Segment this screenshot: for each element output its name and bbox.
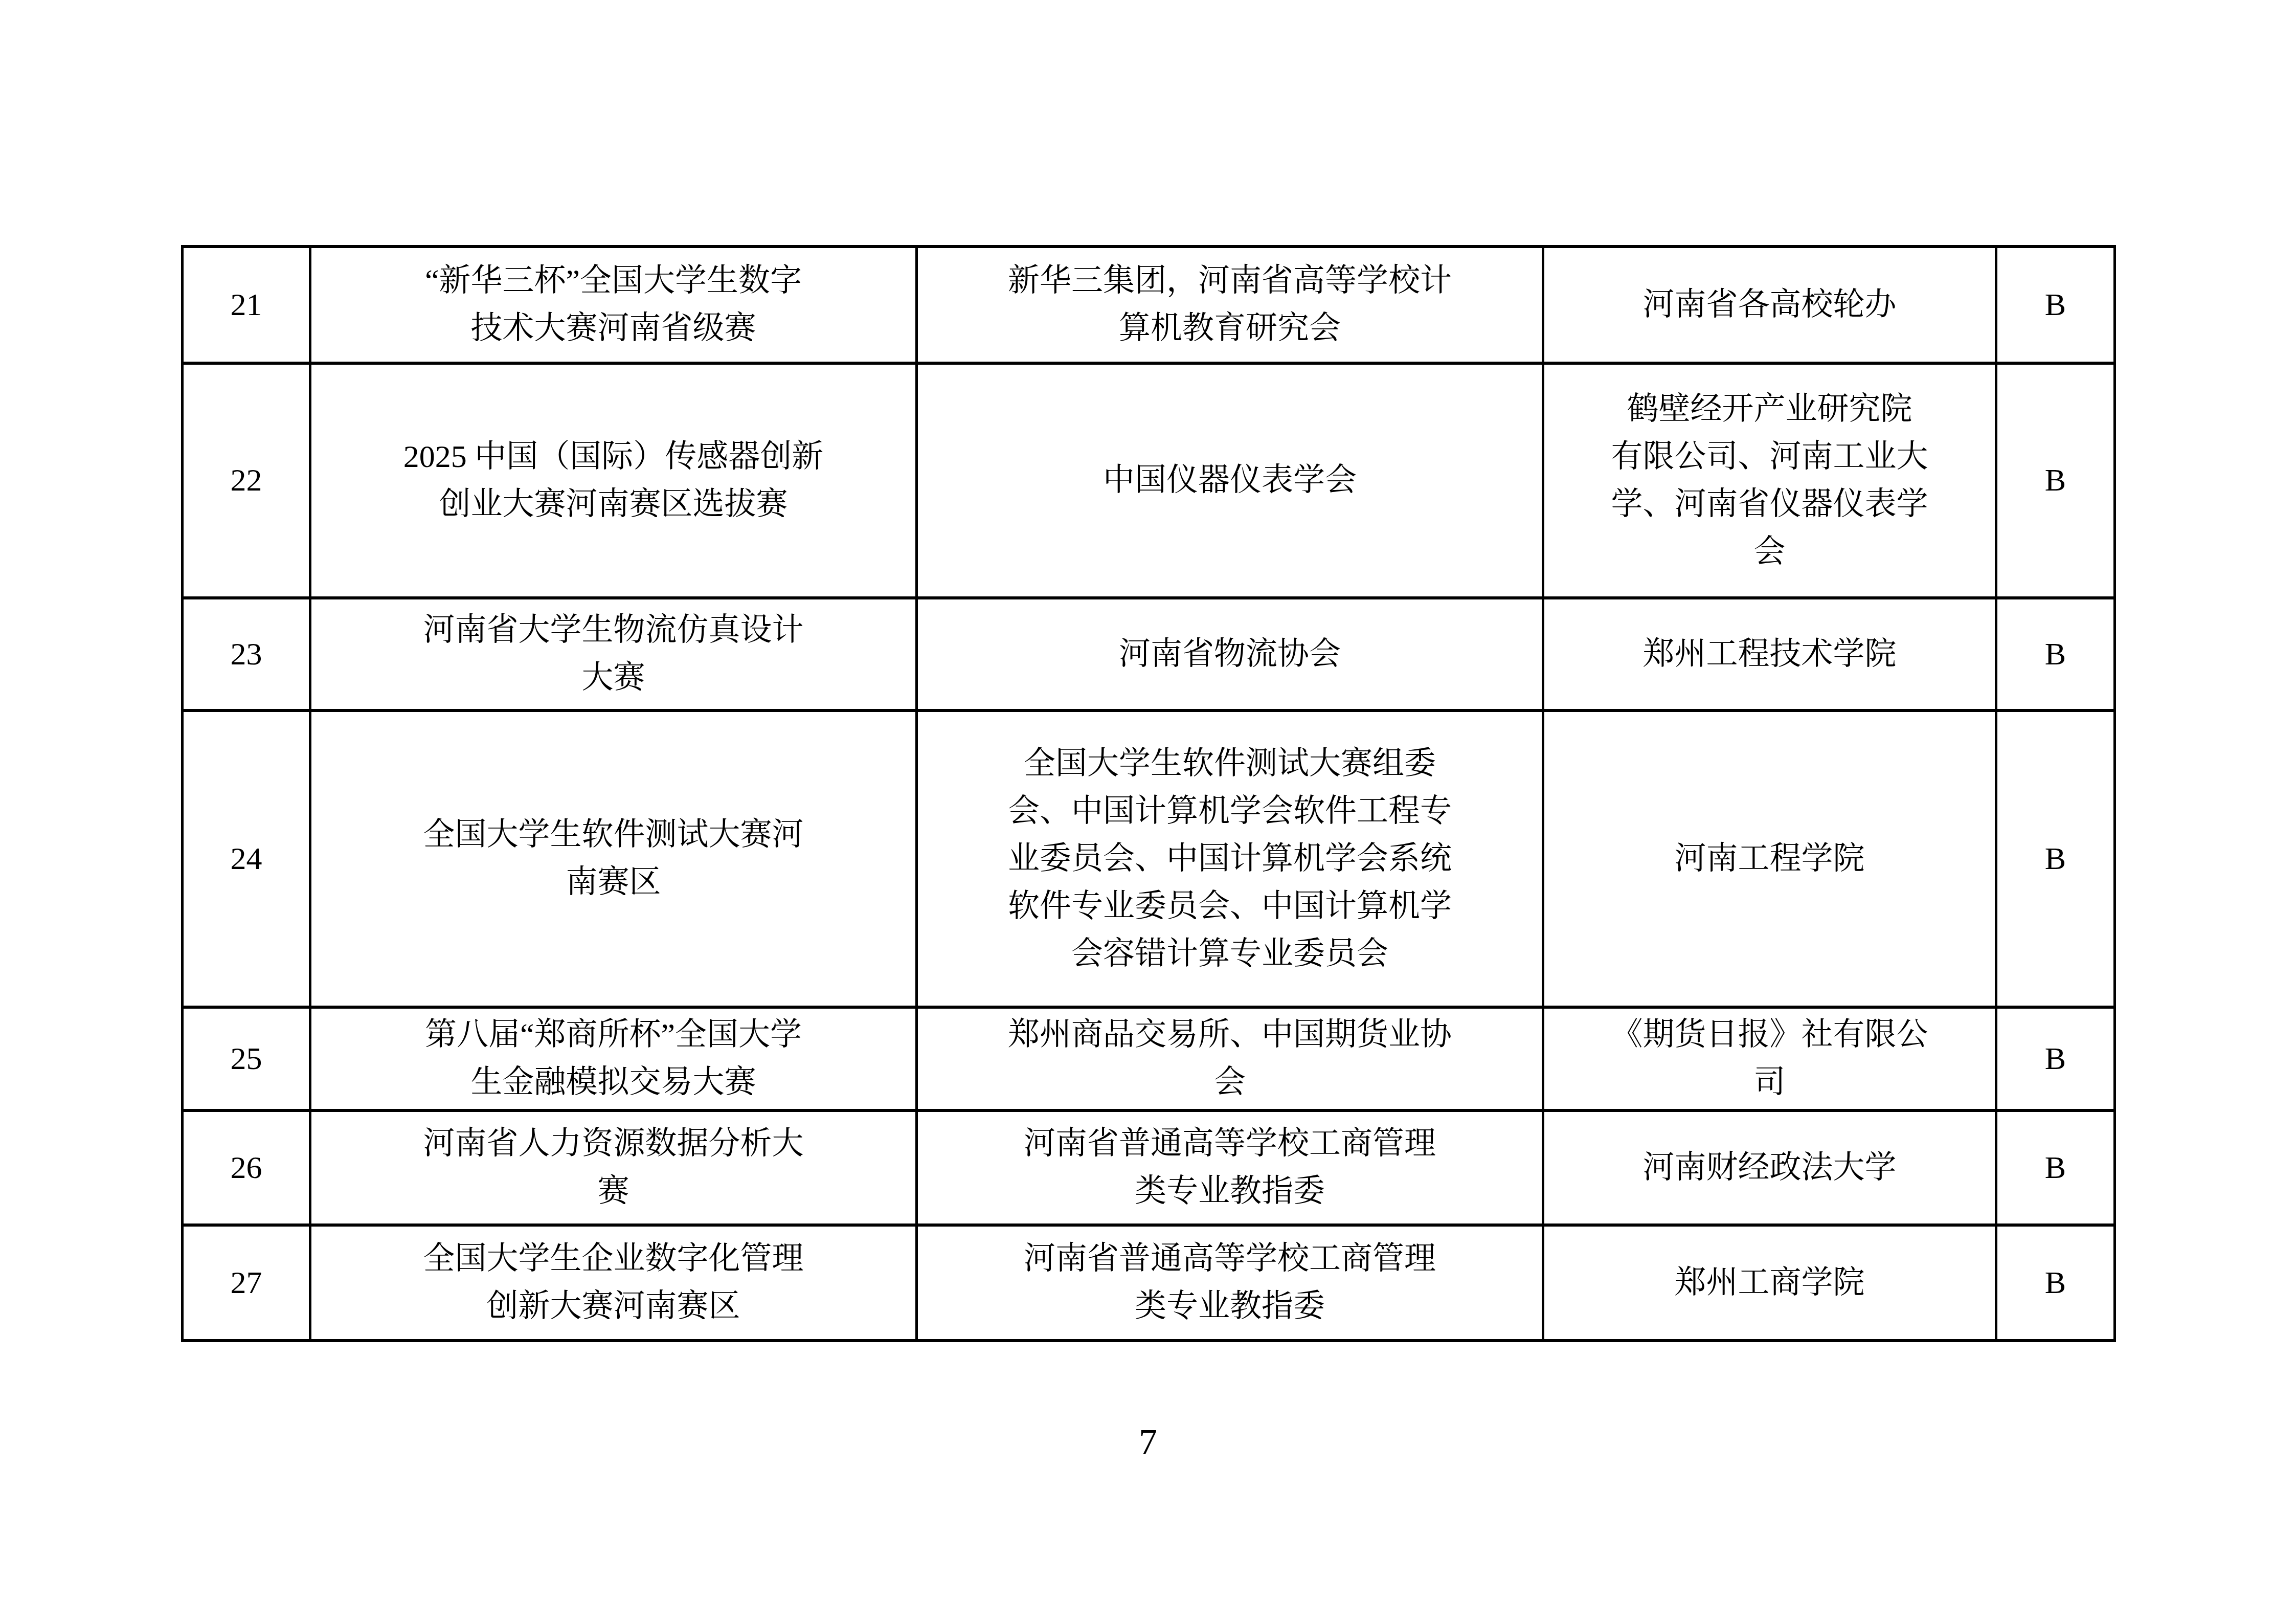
competition-name: 全国大学生企业数字化管理 创新大赛河南赛区 (310, 1225, 917, 1341)
host: 郑州工程技术学院 (1543, 598, 1996, 710)
table-row: 21 “新华三杯”全国大学生数字 技术大赛河南省级赛 新华三集团，河南省高等学校… (183, 247, 2115, 363)
organizer: 河南省物流协会 (917, 598, 1543, 710)
grade: B (1996, 363, 2115, 598)
organizer: 全国大学生软件测试大赛组委 会、中国计算机学会软件工程专 业委员会、中国计算机学… (917, 710, 1543, 1007)
row-number: 23 (183, 598, 310, 710)
grade: B (1996, 598, 2115, 710)
grade: B (1996, 1225, 2115, 1341)
competition-name: “新华三杯”全国大学生数字 技术大赛河南省级赛 (310, 247, 917, 363)
host: 河南工程学院 (1543, 710, 1996, 1007)
host: 鹤壁经开产业研究院 有限公司、河南工业大 学、河南省仪器仪表学 会 (1543, 363, 1996, 598)
table-row: 24 全国大学生软件测试大赛河 南赛区 全国大学生软件测试大赛组委 会、中国计算… (183, 710, 2115, 1007)
competition-name: 河南省大学生物流仿真设计 大赛 (310, 598, 917, 710)
organizer: 郑州商品交易所、中国期货业协 会 (917, 1007, 1543, 1110)
table-row: 25 第八届“郑商所杯”全国大学 生金融模拟交易大赛 郑州商品交易所、中国期货业… (183, 1007, 2115, 1110)
host: 河南财经政法大学 (1543, 1110, 1996, 1225)
competition-name: 全国大学生软件测试大赛河 南赛区 (310, 710, 917, 1007)
host: 《期货日报》社有限公 司 (1543, 1007, 1996, 1110)
competition-name: 河南省人力资源数据分析大 赛 (310, 1110, 917, 1225)
grade: B (1996, 1110, 2115, 1225)
row-number: 26 (183, 1110, 310, 1225)
table-row: 22 2025 中国（国际）传感器创新 创业大赛河南赛区选拔赛 中国仪器仪表学会… (183, 363, 2115, 598)
organizer: 中国仪器仪表学会 (917, 363, 1543, 598)
organizer: 新华三集团，河南省高等学校计 算机教育研究会 (917, 247, 1543, 363)
host: 河南省各高校轮办 (1543, 247, 1996, 363)
grade: B (1996, 247, 2115, 363)
row-number: 25 (183, 1007, 310, 1110)
table-row: 23 河南省大学生物流仿真设计 大赛 河南省物流协会 郑州工程技术学院 B (183, 598, 2115, 710)
organizer: 河南省普通高等学校工商管理 类专业教指委 (917, 1110, 1543, 1225)
page-number: 7 (0, 1421, 2296, 1463)
competition-table: 21 “新华三杯”全国大学生数字 技术大赛河南省级赛 新华三集团，河南省高等学校… (181, 245, 2116, 1342)
row-number: 22 (183, 363, 310, 598)
row-number: 24 (183, 710, 310, 1007)
row-number: 21 (183, 247, 310, 363)
document-page: 21 “新华三杯”全国大学生数字 技术大赛河南省级赛 新华三集团，河南省高等学校… (0, 0, 2296, 1624)
table-row: 26 河南省人力资源数据分析大 赛 河南省普通高等学校工商管理 类专业教指委 河… (183, 1110, 2115, 1225)
competition-name: 2025 中国（国际）传感器创新 创业大赛河南赛区选拔赛 (310, 363, 917, 598)
competition-name: 第八届“郑商所杯”全国大学 生金融模拟交易大赛 (310, 1007, 917, 1110)
organizer: 河南省普通高等学校工商管理 类专业教指委 (917, 1225, 1543, 1341)
grade: B (1996, 710, 2115, 1007)
table-row: 27 全国大学生企业数字化管理 创新大赛河南赛区 河南省普通高等学校工商管理 类… (183, 1225, 2115, 1341)
row-number: 27 (183, 1225, 310, 1341)
host: 郑州工商学院 (1543, 1225, 1996, 1341)
grade: B (1996, 1007, 2115, 1110)
